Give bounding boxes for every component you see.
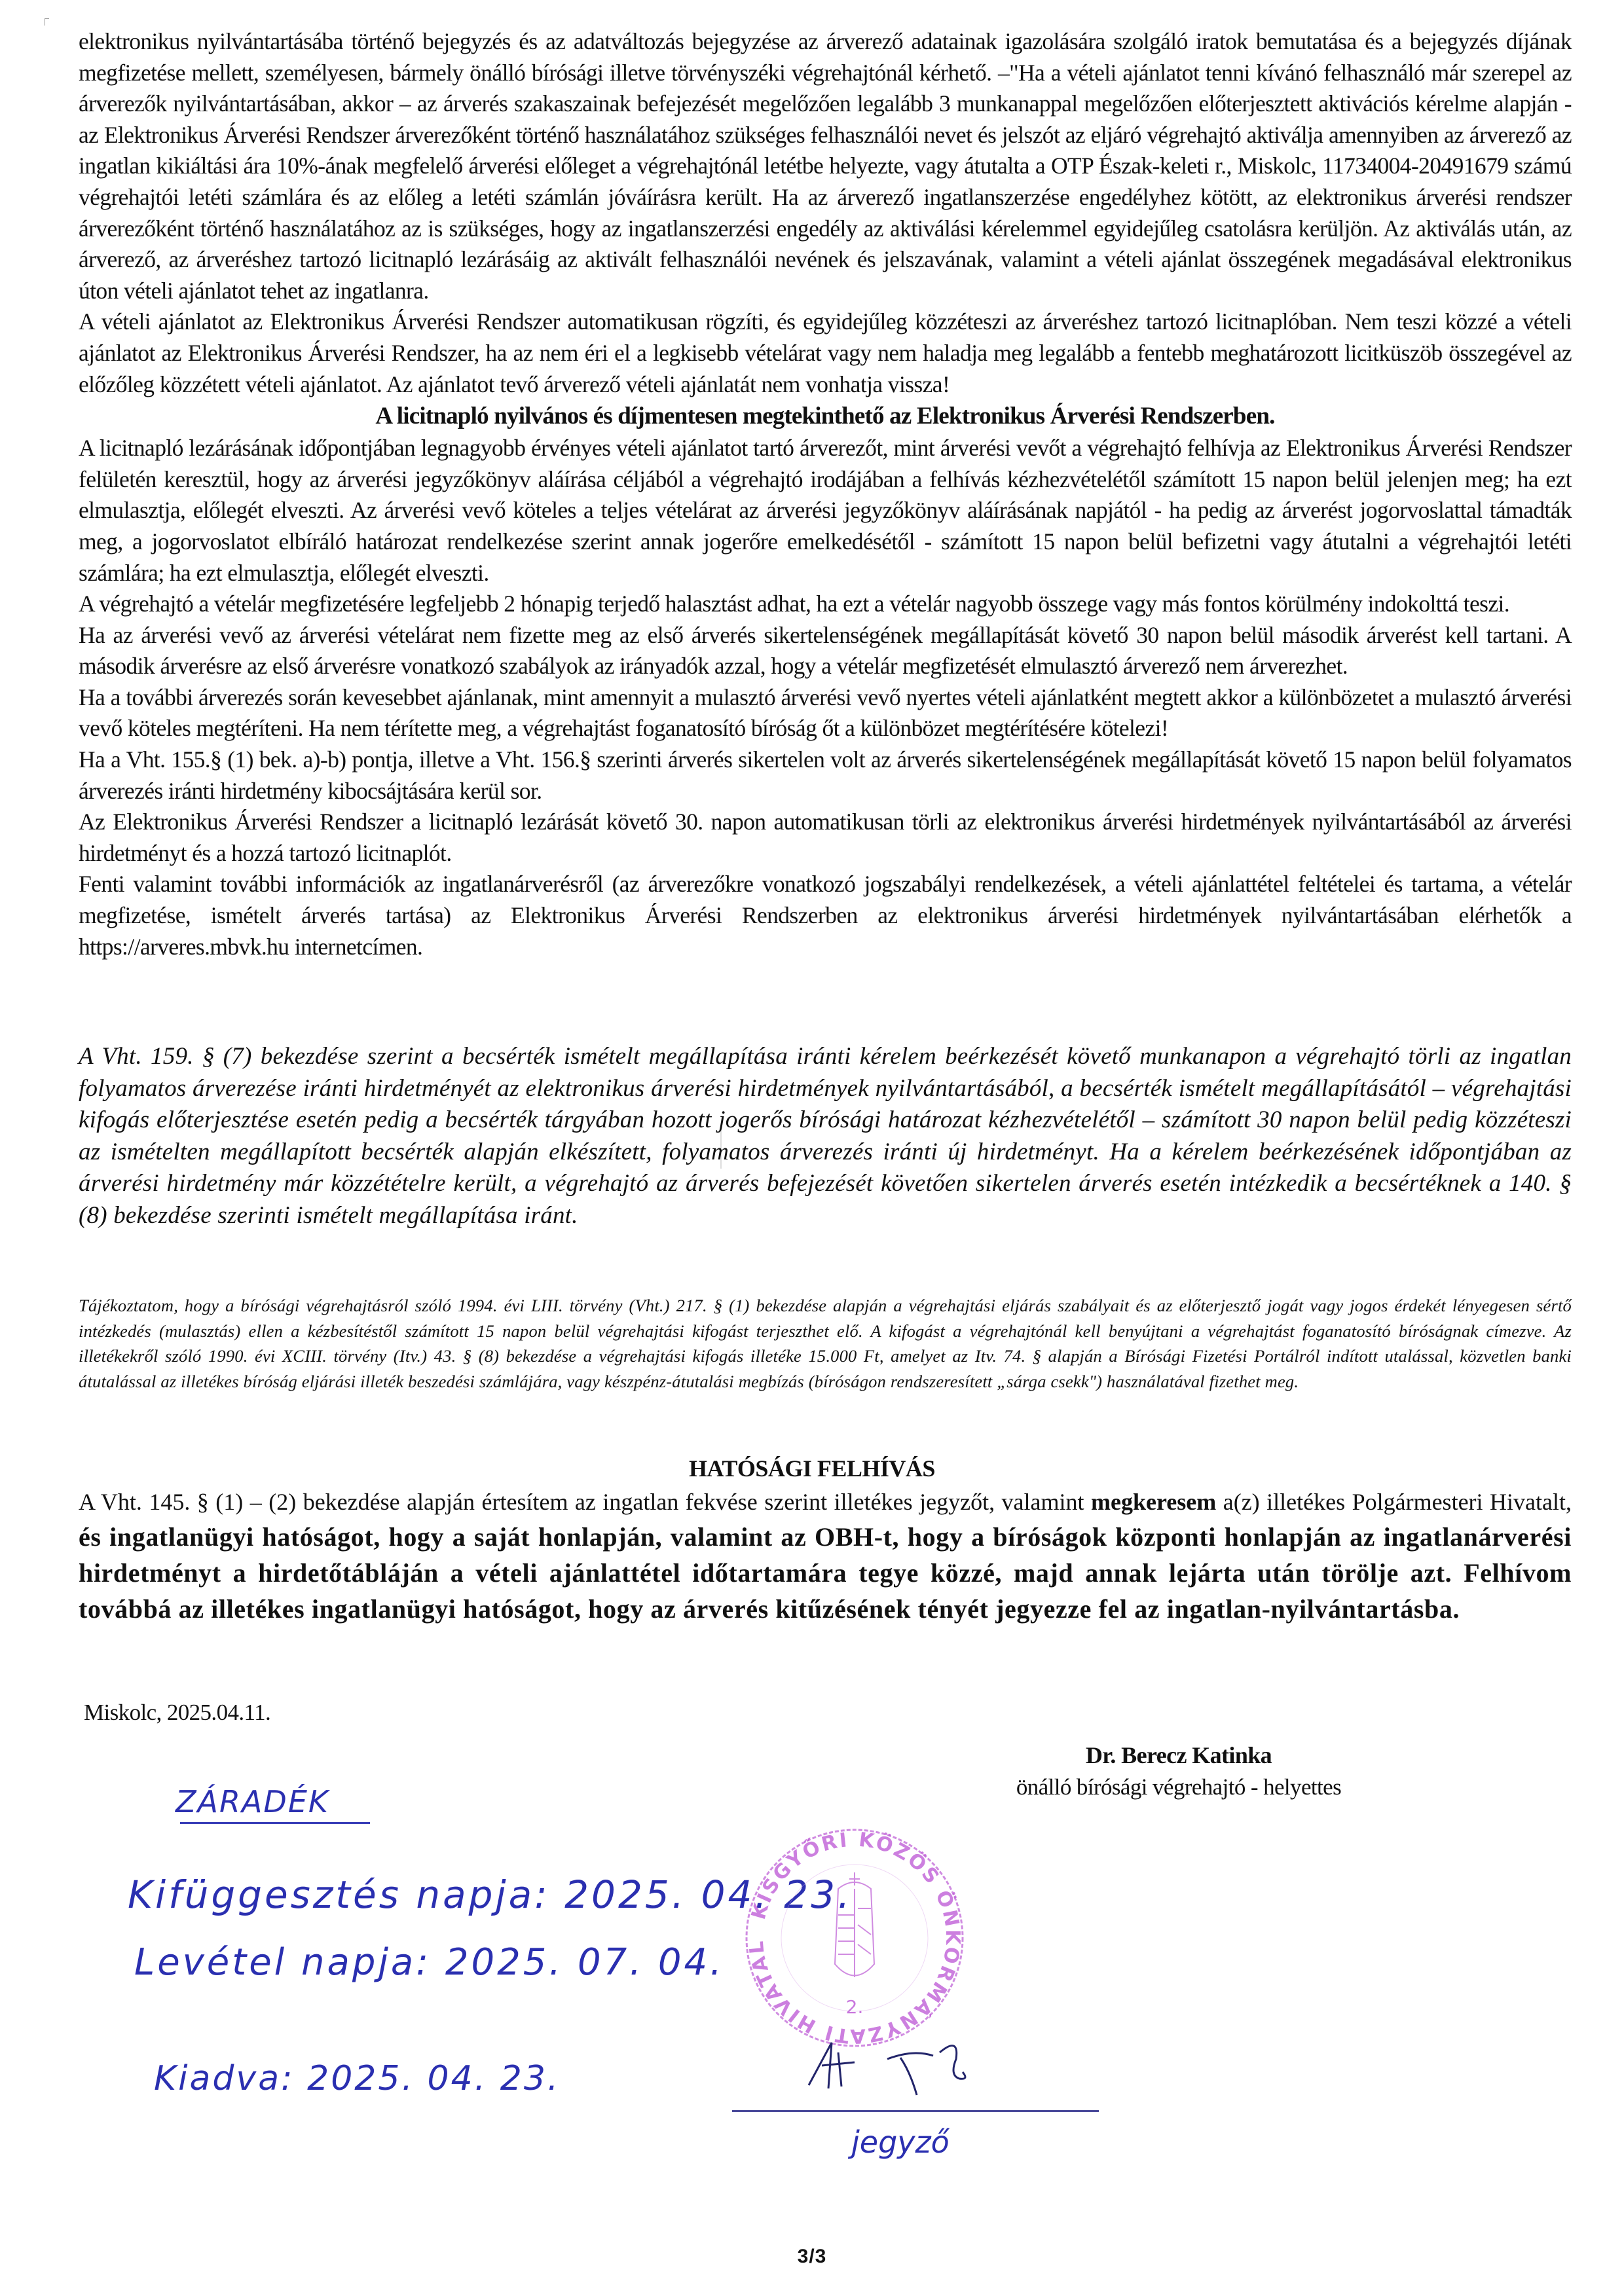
paragraph-payment-deferral: A végrehajtó a vételár megfizetésére leg… (79, 589, 1572, 620)
paragraph-registration: elektronikus nyilvántartásába történő be… (79, 26, 1572, 306)
valuation-paragraph: A Vht. 159. § (7) bekezdése szerint a be… (79, 1041, 1572, 1231)
signer-name: Dr. Berecz Katinka (982, 1741, 1375, 1769)
paragraph-more-info: Fenti valamint további információk az in… (79, 869, 1572, 962)
handwritten-removed-date: Levétel napja: 2025. 07. 04. (134, 1941, 724, 1984)
signer-title: önálló bírósági végrehajtó - helyettes (943, 1774, 1414, 1800)
handwritten-issued-date: Kiadva: 2025. 04. 23. (154, 2059, 560, 2098)
handwritten-clause-heading: ZÁRADÉK (175, 1784, 329, 1819)
paragraph-second-auction: Ha az árverési vevő az árverési vételára… (79, 620, 1572, 682)
place-date: Miskolc, 2025.04.11. (84, 1700, 270, 1726)
authority-bold-text: és ingatlanügyi hatóságot, hogy a saját … (79, 1522, 1572, 1624)
legal-remedy-notice: Tájékoztatom, hogy a bírósági végrehajtá… (79, 1293, 1572, 1394)
authority-intro-after: a(z) illetékes Polgármesteri Hivatalt, (1216, 1489, 1572, 1515)
official-stamp-icon: KISGYŐRI KÖZÖS ÖNKORMÁNYZATI HIVATAL 2. (740, 1823, 969, 2052)
scan-artifact (45, 18, 49, 26)
paragraph-bid-recording: A vételi ajánlatot az Elektronikus Árver… (79, 306, 1572, 400)
authority-request-body: A Vht. 145. § (1) – (2) bekezdése alapjá… (79, 1485, 1572, 1628)
bid-log-heading: A licitnapló nyilvános és díjmentesen me… (79, 400, 1572, 433)
handwritten-signer-role: jegyző (851, 2124, 950, 2160)
paragraph-buyer-call: A licitnapló lezárásának időpontjában le… (79, 433, 1572, 589)
authority-intro: A Vht. 145. § (1) – (2) bekezdése alapjá… (79, 1489, 1091, 1515)
paragraph-difference: Ha a további árverezés során kevesebbet … (79, 682, 1572, 744)
authority-request-title: HATÓSÁGI FELHÍVÁS (0, 1455, 1624, 1482)
handwritten-underline (180, 1822, 370, 1824)
page-number: 3/3 (0, 2246, 1624, 2268)
auction-terms-section: elektronikus nyilvántartásába történő be… (79, 26, 1572, 962)
paragraph-auto-delete: Az Elektronikus Árverési Rendszer a lici… (79, 807, 1572, 869)
authority-intro-bold: megkeresem (1091, 1489, 1216, 1515)
paragraph-continuous-auction: Ha a Vht. 155.§ (1) bek. a)-b) pontja, i… (79, 744, 1572, 807)
signature-line (732, 2110, 1099, 2112)
document-page: elektronikus nyilvántartásába történő be… (0, 0, 1624, 2296)
signature-icon (802, 2039, 1012, 2098)
stamp-number: 2. (846, 1996, 864, 2018)
